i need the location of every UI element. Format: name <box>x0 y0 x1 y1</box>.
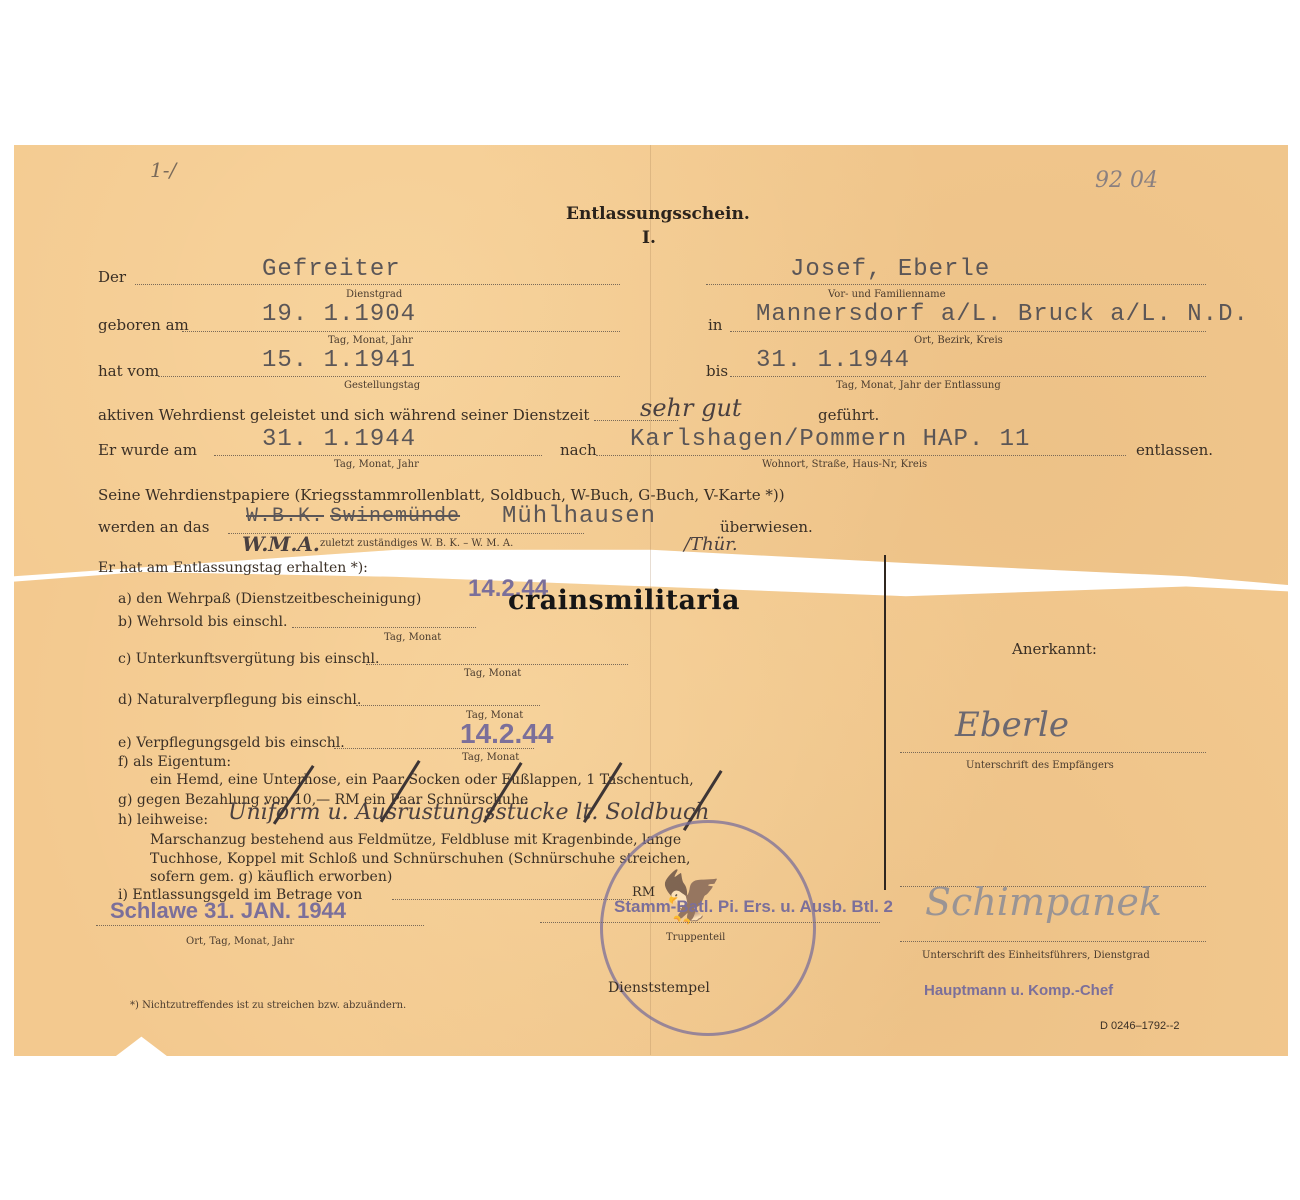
received-item-e-caption: Tag, Monat <box>462 752 519 763</box>
received-item-h-line3: sofern gem. g) käuflich erworben) <box>150 869 392 885</box>
born-line <box>182 331 620 332</box>
acknowledged-label: Anerkannt: <box>1012 640 1097 658</box>
place-date-line <box>96 925 424 926</box>
rank-value: Gefreiter <box>262 256 401 283</box>
recipient-signature: Eberle <box>955 705 1069 745</box>
service-to-value: 31. 1.1944 <box>756 347 910 374</box>
born-value: 19. 1.1904 <box>262 301 416 328</box>
papers-to-caption: zuletzt zuständiges W. B. K. – W. M. A. <box>320 538 513 549</box>
received-item-h-hand: Uniform u. Ausrüstungsstücke lt. Soldbuc… <box>228 800 710 825</box>
received-item-a: a) den Wehrpaß (Dienstzeitbescheinigung) <box>118 591 421 607</box>
born-prefix: geboren am <box>98 316 189 334</box>
discharged-to-suffix: entlassen. <box>1136 441 1213 459</box>
section-number: I. <box>642 228 656 248</box>
discharged-to-line <box>596 455 1126 456</box>
service-from-line <box>158 376 620 377</box>
received-item-f: f) als Eigentum: <box>118 754 231 770</box>
received-item-d: d) Naturalverpflegung bis einschl. <box>118 692 361 708</box>
leader-signature: Schimpanek <box>925 880 1162 924</box>
received-item-b-line <box>292 627 476 628</box>
name-caption: Vor- und Familienname <box>828 289 946 300</box>
seal-caption: Dienststempel <box>608 980 710 996</box>
papers-struck-swinemuende: Swinemünde <box>330 505 460 528</box>
papers-line: Seine Wehrdienstpapiere (Kriegsstammroll… <box>98 486 785 504</box>
rank-line <box>135 284 620 285</box>
leader-rank-stamp: Hauptmann u. Komp.-Chef <box>924 982 1113 999</box>
received-item-b: b) Wehrsold bis einschl. <box>118 614 287 630</box>
service-to-prefix: bis <box>706 362 728 380</box>
unit-stamp: Stamm-Batl. Pi. Ers. u. Ausb. Btl. 2 <box>614 897 893 917</box>
archive-number: 92 04 <box>1095 168 1158 193</box>
rank-prefix: Der <box>98 268 126 286</box>
discharged-on-caption: Tag, Monat, Jahr <box>334 459 419 470</box>
papers-to-value: Mühlhausen <box>502 503 656 530</box>
service-to-caption: Tag, Monat, Jahr der Entlassung <box>836 380 1001 391</box>
received-item-b-caption: Tag, Monat <box>384 632 441 643</box>
discharged-to-prefix: nach <box>560 441 597 459</box>
leader-signature-line <box>900 941 1206 942</box>
official-seal <box>600 820 816 1036</box>
discharged-to-caption: Wohnort, Straße, Haus-Nr, Kreis <box>762 459 927 470</box>
unit-caption: Truppenteil <box>666 932 725 943</box>
papers-to-prefix: werden an das <box>98 518 209 536</box>
conduct-suffix: geführt. <box>818 406 879 424</box>
discharged-to-value: Karlshagen/Pommern HAP. 11 <box>630 426 1030 453</box>
recipient-signature-line <box>900 752 1206 753</box>
received-item-i-line <box>392 899 632 900</box>
footnote: *) Nichtzutreffendes ist zu streichen bz… <box>130 1000 406 1011</box>
name-line <box>706 284 1206 285</box>
received-item-h-line1: Marschanzug bestehend aus Feldmütze, Fel… <box>150 832 681 848</box>
conduct-value: sehr gut <box>640 394 742 422</box>
leader-caption: Unterschrift des Einheitsführers, Dienst… <box>922 950 1150 961</box>
discharged-on-prefix: Er wurde am <box>98 441 197 459</box>
papers-hand-wma: W.M.A. <box>242 532 320 556</box>
service-from-value: 15. 1.1941 <box>262 347 416 374</box>
received-item-h: h) leihweise: <box>118 812 208 828</box>
birthplace-prefix: in <box>708 316 722 334</box>
received-item-c-line <box>366 664 628 665</box>
service-to-line <box>730 376 1206 377</box>
unit-line <box>540 922 880 923</box>
papers-struck-wbk: W.B.K. <box>246 505 324 528</box>
received-item-e: e) Verpflegungsgeld bis einschl. <box>118 735 345 751</box>
received-item-d-line <box>356 705 540 706</box>
received-item-c-caption: Tag, Monat <box>464 668 521 679</box>
received-item-e-stamp: 14.2.44 <box>460 718 553 750</box>
born-caption: Tag, Monat, Jahr <box>328 335 413 346</box>
received-intro: Er hat am Entlassungstag erhalten *): <box>98 560 368 576</box>
service-from-prefix: hat vom <box>98 362 159 380</box>
rank-caption: Dienstgrad <box>346 289 402 300</box>
document-title: Entlassungsschein. <box>566 204 750 224</box>
birthplace-value: Mannersdorf a/L. Bruck a/L. N.D. <box>756 301 1249 328</box>
conduct-prefix: aktiven Wehrdienst geleistet und sich wä… <box>98 406 589 424</box>
section-divider <box>884 555 886 890</box>
birthplace-line <box>730 331 1206 332</box>
corner-mark: 1-/ <box>150 158 176 182</box>
recipient-caption: Unterschrift des Empfängers <box>966 760 1114 771</box>
watermark: crainsmilitaria <box>508 585 740 616</box>
discharged-on-value: 31. 1.1944 <box>262 426 416 453</box>
place-date-stamp: Schlawe 31. JAN. 1944 <box>110 898 346 924</box>
birthplace-caption: Ort, Bezirk, Kreis <box>914 335 1003 346</box>
received-item-c: c) Unterkunftsvergütung bis einschl. <box>118 651 379 667</box>
discharged-on-line <box>214 455 542 456</box>
received-item-h-line2: Tuchhose, Koppel mit Schloß und Schnürsc… <box>150 851 690 867</box>
service-from-caption: Gestellungstag <box>344 380 420 391</box>
name-value: Josef, Eberle <box>790 256 990 283</box>
papers-hand-thuer: /Thür. <box>684 534 738 555</box>
place-date-caption: Ort, Tag, Monat, Jahr <box>186 936 294 947</box>
form-number: D 0246–1792--2 <box>1100 1020 1180 1032</box>
